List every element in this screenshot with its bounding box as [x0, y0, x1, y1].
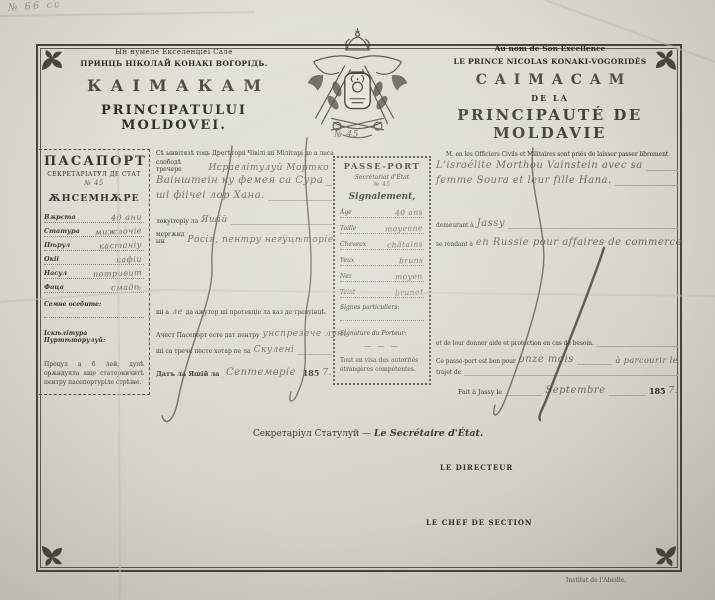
romanian-text-column: Сѣ ынвітязѣ тоць Дрегѣторіі Чівілі ші Мі…: [156, 150, 332, 378]
fr-trajet-row: trajet de: [436, 369, 678, 376]
marks-label: Семне осебите:: [44, 301, 144, 308]
fr-aid-row: et de leur donner aide et protection en …: [436, 340, 678, 347]
fr-residence-value: Jassy: [477, 218, 505, 229]
field-row-eyes: Окіі кафіи: [44, 251, 144, 265]
field-row-hair: Пѣрул кастаніу: [44, 237, 144, 251]
rule-line: [231, 222, 332, 225]
secretary-cyrillic: Секретаріул Статулуй: [253, 429, 359, 439]
field-value-handwritten: brunet: [394, 288, 423, 298]
header-fr-invocation: Au nom de Son Excellence: [424, 44, 676, 53]
field-label: Yeux: [340, 257, 354, 264]
ro-destination-value: Росія, пентру негуцѣторіе: [187, 235, 333, 245]
fr-destination-value: en Russie pour affaires de commerce: [476, 237, 682, 248]
field-value-handwritten: bruns: [398, 256, 423, 266]
ro-free-passage-label: слободѣ тречере: [156, 159, 205, 173]
field-value-handwritten: châtains: [387, 239, 423, 249]
field-label: Статура: [44, 227, 80, 235]
ro-residence-row: локуіторіу ла Яшій: [156, 215, 332, 225]
fr-validity-label: Ce passe-port est bon pour: [436, 358, 516, 365]
ro-year-printed: 185: [303, 368, 320, 378]
ro-name-line-2: Ваінштеін ку фемея са Сура: [156, 175, 332, 186]
fr-trajet-label: trajet de: [436, 369, 461, 376]
field-label: Окіі: [44, 255, 59, 263]
sidebar-title: ПАСАПОРТ: [44, 154, 144, 169]
field-value-handwritten: 40 ans: [395, 208, 423, 218]
field-label: Cheveux: [340, 241, 366, 248]
fr-aid-line: et de leur donner aide et protection en …: [436, 340, 594, 347]
ro-aid-prefix: ші а: [156, 309, 169, 316]
bearer-signature-label: Іскѣлітура Пуртѣторулуй:: [44, 330, 144, 344]
signs-blank-line: [340, 311, 424, 321]
field-row-age: Вѫрста 40 ани: [44, 209, 144, 223]
french-text-column: M. en les Officiers Civils et Militaires…: [436, 151, 678, 396]
ro-destination-row: мергѫнд ын Росія, пентру негуцѣторіе: [156, 231, 332, 245]
rule-line: [646, 168, 678, 171]
field-value-handwritten: moyen: [395, 272, 423, 282]
scanned-passport-document: № 66 сс Ын нумеле Екселенціеі Сале ПРИНЦ…: [0, 0, 715, 600]
sidebar-subtitle: СЕКРЕТАРІАТУЛ ДЕ СТАТ: [44, 171, 144, 178]
foreign-visa-note: Tout en visa des autorités étrangères co…: [340, 357, 424, 374]
porter-signature-label: Signature du Porteur:: [340, 330, 424, 337]
sidebar-fields: Вѫрста 40 ани Статура мижлочіе Пѣрул кас…: [44, 209, 144, 293]
ro-validity-label: Ачест Пасепорт есте дат пентру: [156, 332, 259, 339]
fr-name-handwritten: L'israélite Morthou Vainstein avec sa: [436, 160, 643, 171]
fr-destination-label: se rendant à: [436, 241, 473, 248]
secretary-of-state-line: Секретаріул Статулуй — Le Secrétaire d'É…: [198, 428, 538, 439]
ro-name-handwritten: Ваінштеін ку фемея са Сура: [156, 175, 323, 186]
field-row-stature: Статура мижлочіе: [44, 223, 144, 237]
ro-residence-value: Яшій: [201, 215, 227, 225]
rule-line: [508, 226, 678, 229]
ro-border-value: Скулені: [254, 345, 295, 355]
particular-signs-label: Signes particuliers:: [340, 304, 424, 311]
field-row-yeux: Yeux bruns: [340, 250, 424, 266]
ro-aid-row: ші а ле да ажутор ші протекціе ла каз де…: [156, 307, 332, 316]
rule-line: [505, 393, 542, 396]
field-row-nez: Nez moyen: [340, 266, 424, 282]
ro-intro-line: Сѣ ынвітязѣ тоць Дрегѣторіі Чівілі ші Мі…: [156, 150, 332, 157]
field-label: Taille: [340, 225, 356, 232]
ro-aid-handwritten: ле: [172, 307, 183, 316]
fr-date-row: Fait à Jassy le Septembre 185 7.: [436, 385, 678, 396]
secretary-french: Le Secrétaire d'État.: [374, 428, 483, 439]
field-value-handwritten: 40 ани: [111, 212, 142, 222]
header-romanian: Ын нумеле Екселенціеі Сале ПРИНЦЬ НІКОЛА…: [54, 48, 294, 133]
field-row-cheveux: Cheveux châtains: [340, 234, 424, 250]
separator-dash: —: [362, 429, 371, 439]
ro-date-month: Септемвріе: [226, 367, 296, 378]
fr-year-printed: 185: [649, 386, 665, 396]
ro-year-handwritten: 7.: [322, 368, 332, 378]
passeport-title: PASSE-PORT: [340, 162, 424, 172]
field-label: Фаца: [44, 283, 64, 291]
fr-validity-suffix-handwritten: à parcourir le: [615, 356, 678, 365]
field-value-handwritten: кастаніу: [99, 240, 142, 250]
header-ro-principality: PRINCIPATULUI MOLDOVEI.: [54, 103, 294, 133]
header-ro-prince-name: ПРИНЦЬ НІКОЛАЙ КОНАКІ ВОГОРІДЬ.: [54, 59, 294, 68]
ro-validity-row: Ачест Пасепорт есте дат пентру унспрезеч…: [156, 329, 332, 339]
passeport-signalement-box: PASSE-PORT Secrétariat d'État № 45 Signa…: [333, 156, 431, 385]
field-label: Âge: [340, 209, 352, 216]
header-ro-invocation: Ын нумеле Екселенціеі Сале: [54, 48, 294, 56]
field-value-handwritten: потривит: [93, 268, 143, 279]
ro-aid-suffix: да ажутор ші протекціе ла каз де тревуін…: [186, 309, 327, 316]
rule-line: [464, 373, 678, 376]
fr-date-label: Fait à Jassy le: [458, 388, 502, 396]
fr-residence-row: demeurant à Jassy: [436, 218, 678, 229]
field-value-handwritten: мижлочіе: [95, 226, 142, 237]
signalement-fields: Âge 40 ans Taille moyenne Cheveux châtai…: [340, 202, 424, 298]
header-fr-caimacam-title: CAIMACAM: [424, 72, 676, 88]
rule-line: [609, 393, 646, 396]
ro-name-line-3: ші фіічеі лор Хана.: [156, 190, 332, 201]
marks-blank-line: [44, 308, 144, 318]
section-chief-signature-label: LE CHEF DE SECTION: [426, 518, 532, 527]
ro-date-label: Датъ ла Яшій ла: [156, 370, 219, 378]
fr-year-handwritten: 7.: [668, 386, 678, 396]
rule-line: [597, 344, 678, 347]
fr-destination-row: se rendant à en Russie pour affaires de …: [436, 237, 678, 248]
field-label: Teint: [340, 289, 355, 296]
rule-line: [222, 375, 223, 378]
divider-dashes: — — —: [340, 342, 424, 350]
fr-name-line-2: femme Soura et leur fille Hana.: [436, 175, 678, 186]
sidebar-fee-note: Прецул а 6 лей, дупѣ орѫндуяла аще стато…: [44, 360, 144, 387]
fr-validity-row: Ce passe-port est bon pour onze mois à p…: [436, 354, 678, 365]
header-ro-kaimakam-title: КАІМАКАМ: [54, 76, 294, 95]
ro-residence-label: локуіторіу ла: [156, 218, 198, 225]
field-row-teint: Teint brunet: [340, 282, 424, 298]
signalement-title: Signalement,: [340, 192, 424, 202]
ro-name-handwritten: Исраелітулуй Мортко: [208, 163, 329, 173]
fr-validity-value: onze mois: [519, 354, 574, 365]
field-row-nose: Насул потривит: [44, 265, 144, 279]
rule-line: [615, 183, 678, 186]
fr-date-month: Septembre: [545, 385, 605, 396]
header-french: Au nom de Son Excellence LE PRINCE NICOL…: [424, 44, 676, 142]
header-fr-de-la: DE LA: [424, 93, 676, 103]
passeport-number: № 45: [340, 181, 424, 188]
passport-number-annotation: № 45: [334, 130, 359, 140]
field-row-taille: Taille moyenne: [340, 218, 424, 234]
fr-intro-line: M. en les Officiers Civils et Militaires…: [436, 151, 678, 158]
printer-imprint: Institut de l'Abeille.: [566, 577, 626, 584]
passeport-secretariat: Secrétariat d'État: [340, 174, 424, 181]
header-fr-principality: PRINCIPAUTÉ DE MOLDAVIE: [424, 106, 676, 142]
sidebar-passport-signalement: ПАСАПОРТ СЕКРЕТАРІАТУЛ ДЕ СТАТ № 45 ѪНСЕ…: [39, 149, 150, 395]
rule-line: [326, 183, 332, 186]
field-label: Nez: [340, 273, 352, 280]
ro-name-line-1: слободѣ тречере Исраелітулуй Мортко: [156, 159, 332, 173]
ro-border-row: ші са трече песте хотар пе ла Скулені: [156, 345, 332, 355]
corner-floral-ornament-icon: [654, 544, 678, 568]
header-fr-prince-name: LE PRINCE NICOLAS KONAKI-VOGORIDÈS: [424, 57, 676, 66]
field-row-face: Фаца смадѣ: [44, 279, 144, 293]
field-label: Пѣрул: [44, 241, 70, 249]
fr-name-line-1: L'israélite Morthou Vainstein avec sa: [436, 160, 678, 171]
ro-date-row: Датъ ла Яшій ла Септемвріе 185 7.: [156, 367, 332, 378]
fr-name-handwritten: femme Soura et leur fille Hana.: [436, 175, 612, 186]
rule-line: [577, 362, 613, 365]
rule-line: [297, 352, 332, 355]
field-value-handwritten: кафіи: [116, 255, 142, 265]
ro-destination-label: мергѫнд ын: [156, 231, 184, 245]
ro-name-handwritten: ші фіічеі лор Хана.: [156, 190, 265, 201]
field-value-handwritten: смадѣ: [111, 282, 142, 292]
rule-line: [268, 198, 332, 201]
field-label: Насул: [44, 269, 67, 277]
field-value-handwritten: moyenne: [385, 223, 423, 233]
sidebar-section-title: ѪНСЕМНѪРЕ: [44, 193, 144, 204]
rule-line: [299, 375, 300, 378]
fr-residence-label: demeurant à: [436, 222, 474, 229]
field-row-age: Âge 40 ans: [340, 202, 424, 218]
sidebar-number: № 45: [44, 179, 144, 187]
pencil-annotation: № 66 сс: [8, 0, 62, 14]
corner-floral-ornament-icon: [40, 544, 64, 568]
director-signature-label: LE DIRECTEUR: [440, 463, 513, 472]
ro-border-label: ші са трече песте хотар пе ла: [156, 348, 251, 355]
field-label: Вѫрста: [44, 213, 76, 221]
